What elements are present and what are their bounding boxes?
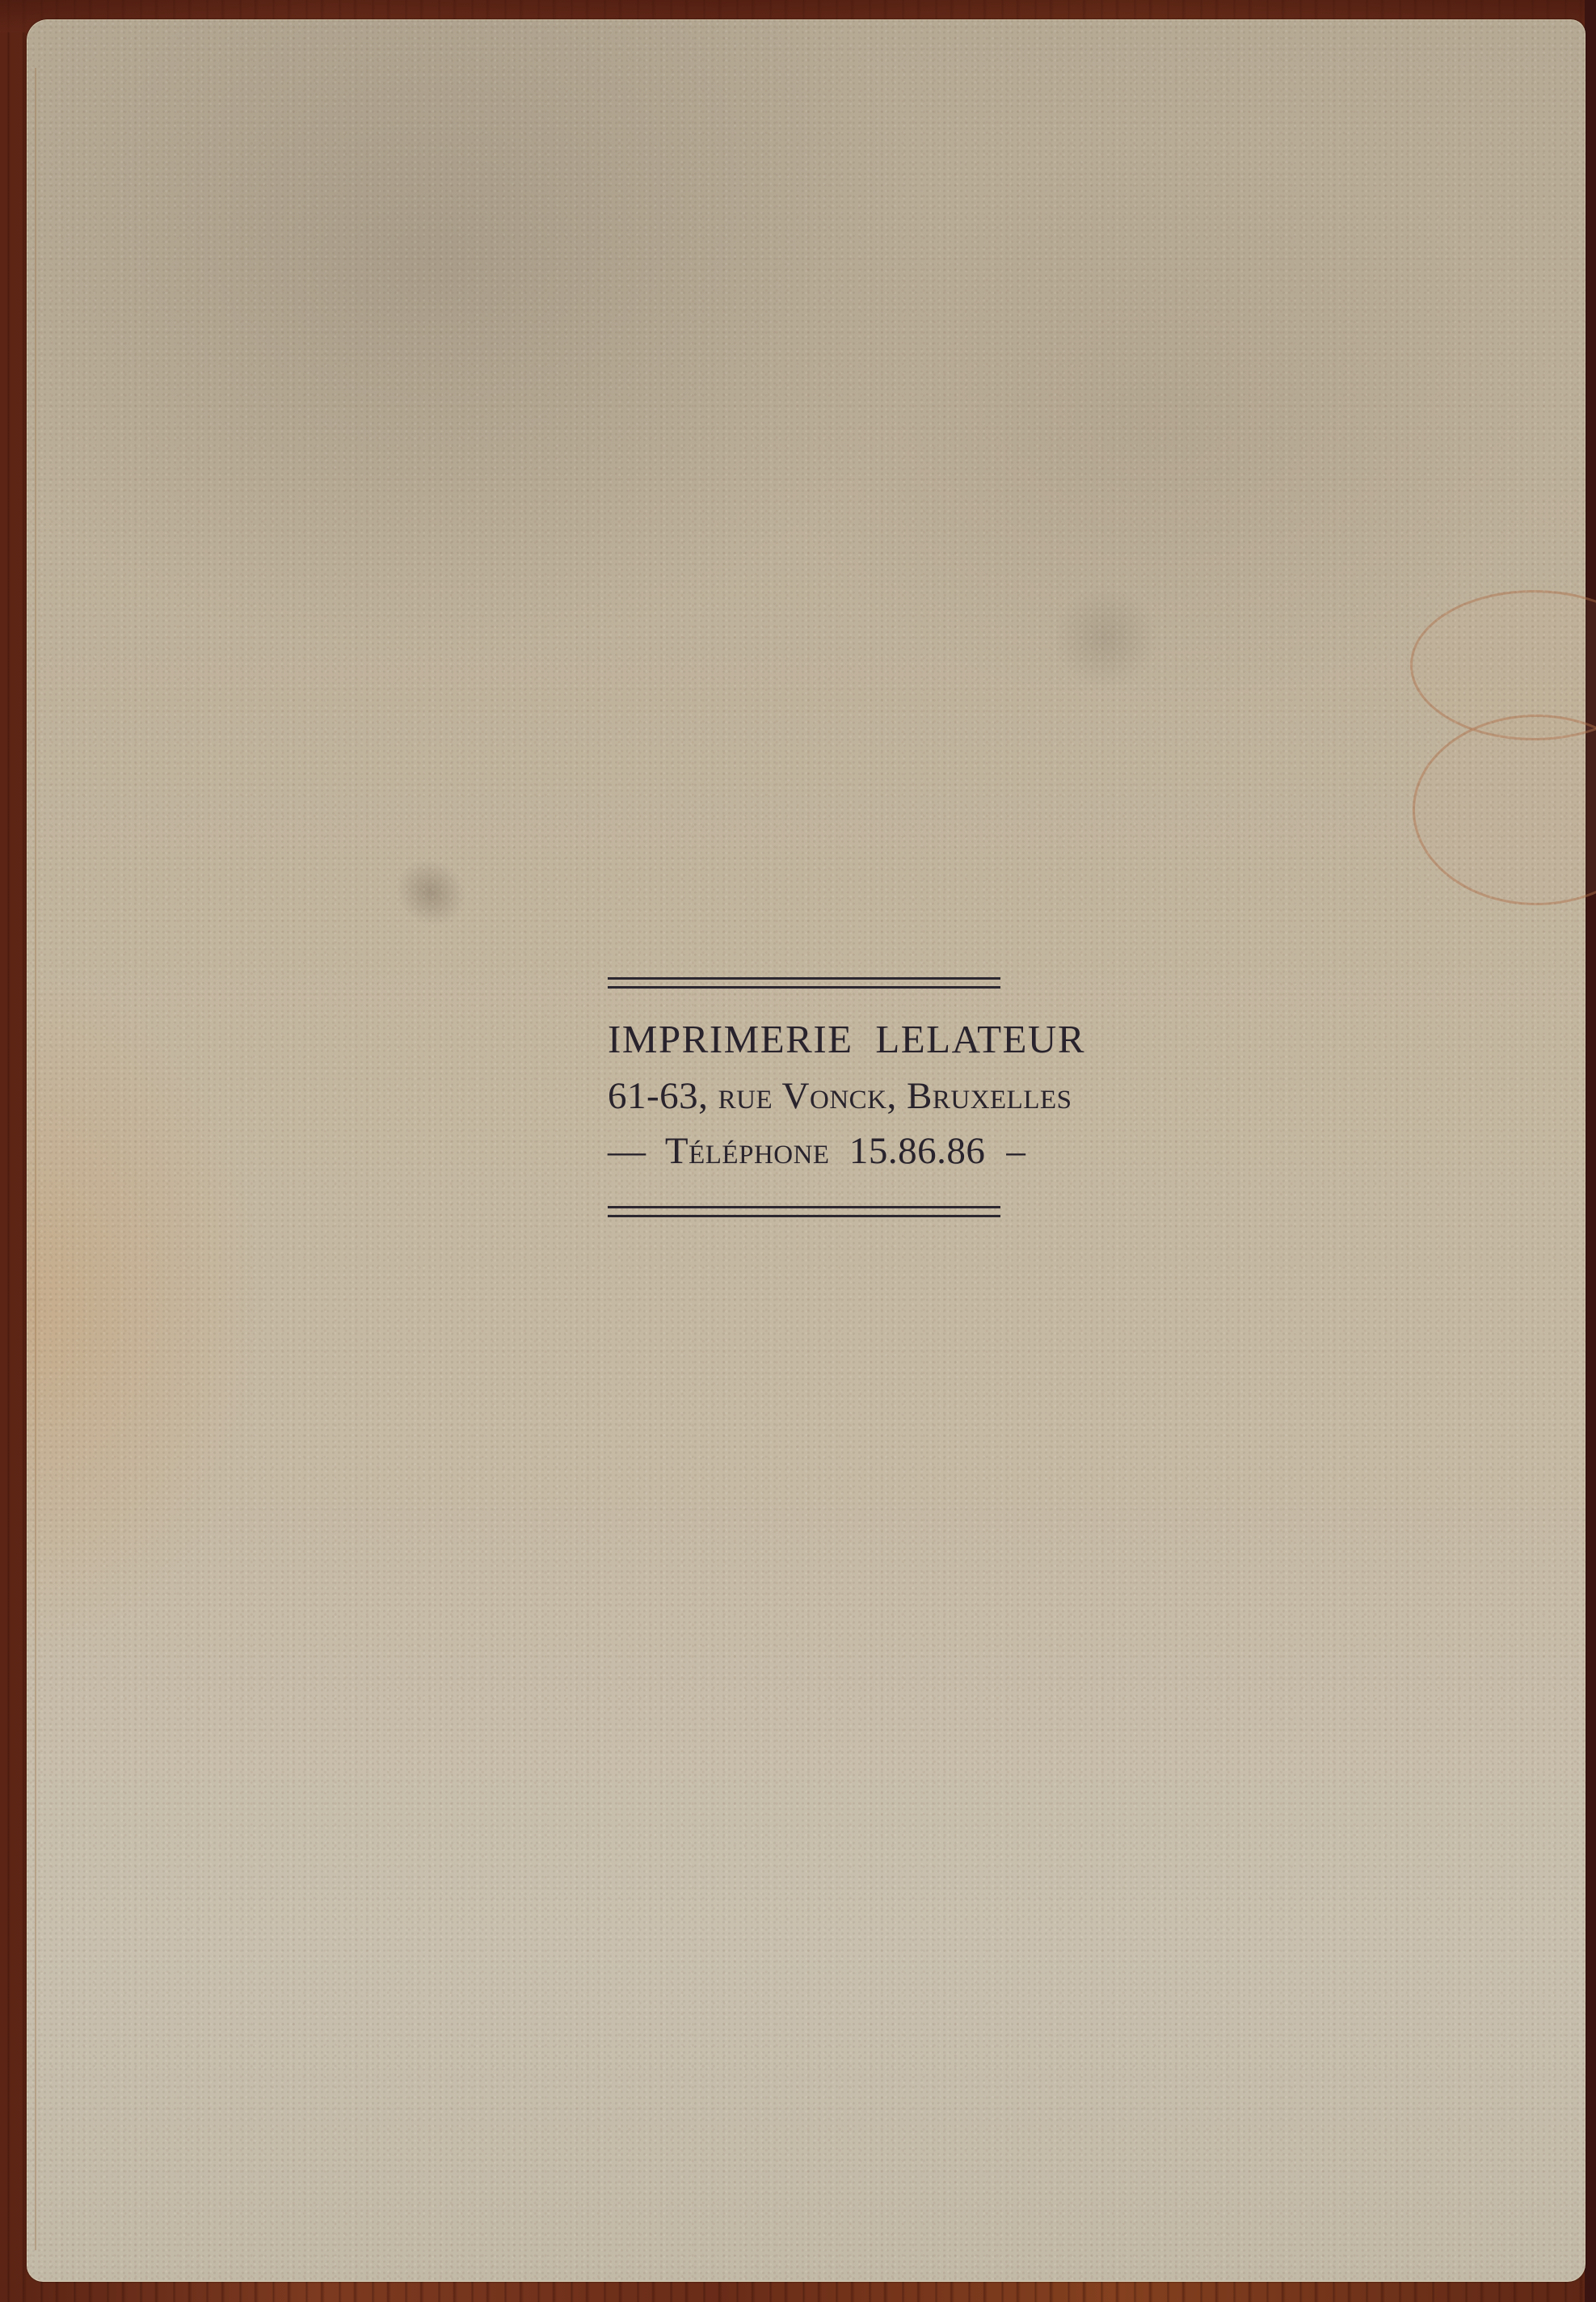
rule-line — [608, 977, 1000, 980]
dash-left: — — [608, 1130, 646, 1172]
printer-phone-line: — Téléphone 15.86.86– — [608, 1129, 1025, 1173]
printer-address: 61-63, rue Vonck, Bruxelles — [608, 1074, 1072, 1118]
wood-edge-right — [1585, 0, 1596, 2302]
phone-number: 15.86.86 — [849, 1130, 986, 1172]
double-rule-top — [608, 974, 1000, 985]
water-stain-lower — [1413, 715, 1596, 905]
rule-line — [608, 986, 1000, 989]
phone-label: Téléphone — [665, 1130, 830, 1172]
printer-name: IMPRIMERIE LELATEUR — [608, 1016, 1085, 1062]
rule-line — [608, 1206, 1000, 1208]
double-rule-bottom — [608, 1203, 1000, 1214]
faint-blot — [1053, 585, 1158, 690]
spine-fold-line — [35, 68, 36, 2250]
smudge-mark — [382, 845, 479, 939]
rule-line — [608, 1215, 1000, 1217]
printer-imprint-block: IMPRIMERIE LELATEUR 61-63, rue Vonck, Br… — [608, 974, 1012, 985]
dash-right: – — [1006, 1130, 1025, 1172]
